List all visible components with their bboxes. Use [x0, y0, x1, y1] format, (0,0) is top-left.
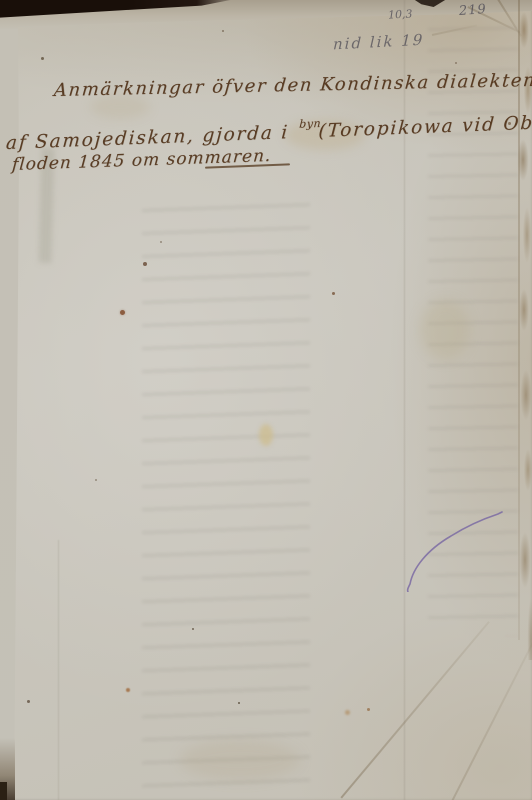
foxing-spot [120, 310, 125, 315]
foxing-spot [41, 57, 44, 60]
paper-stain [259, 424, 273, 446]
paper-stain [180, 740, 300, 780]
pencil-folio-small: 10,3 [388, 7, 413, 21]
paper-stain [420, 300, 470, 360]
pencil-folio-number: 219 [459, 2, 488, 19]
foxing-spot [332, 292, 335, 295]
foxing-spot [126, 688, 130, 692]
page-edge-line [518, 0, 520, 640]
foxing-spot [222, 30, 224, 32]
gutter-corner-dark [0, 782, 7, 800]
manuscript-scan: 10,3 219 nid lik 19 Anmärkningar öfver d… [0, 0, 532, 800]
foxing-spot [27, 700, 30, 703]
foxing-spot [192, 628, 194, 630]
title-line-2-superscript: byn [299, 117, 322, 131]
violet-pen-stroke [400, 506, 510, 592]
fold-line-vertical [58, 540, 59, 800]
foxing-spot [95, 479, 97, 481]
foxing-spot [455, 62, 457, 64]
foxing-spot [238, 702, 240, 704]
foxing-spot [143, 262, 147, 266]
foxing-spot [160, 241, 162, 243]
foxing-spot [367, 708, 370, 711]
foxing-spot [345, 710, 350, 715]
bleedthrough-ghost-center [142, 196, 310, 792]
